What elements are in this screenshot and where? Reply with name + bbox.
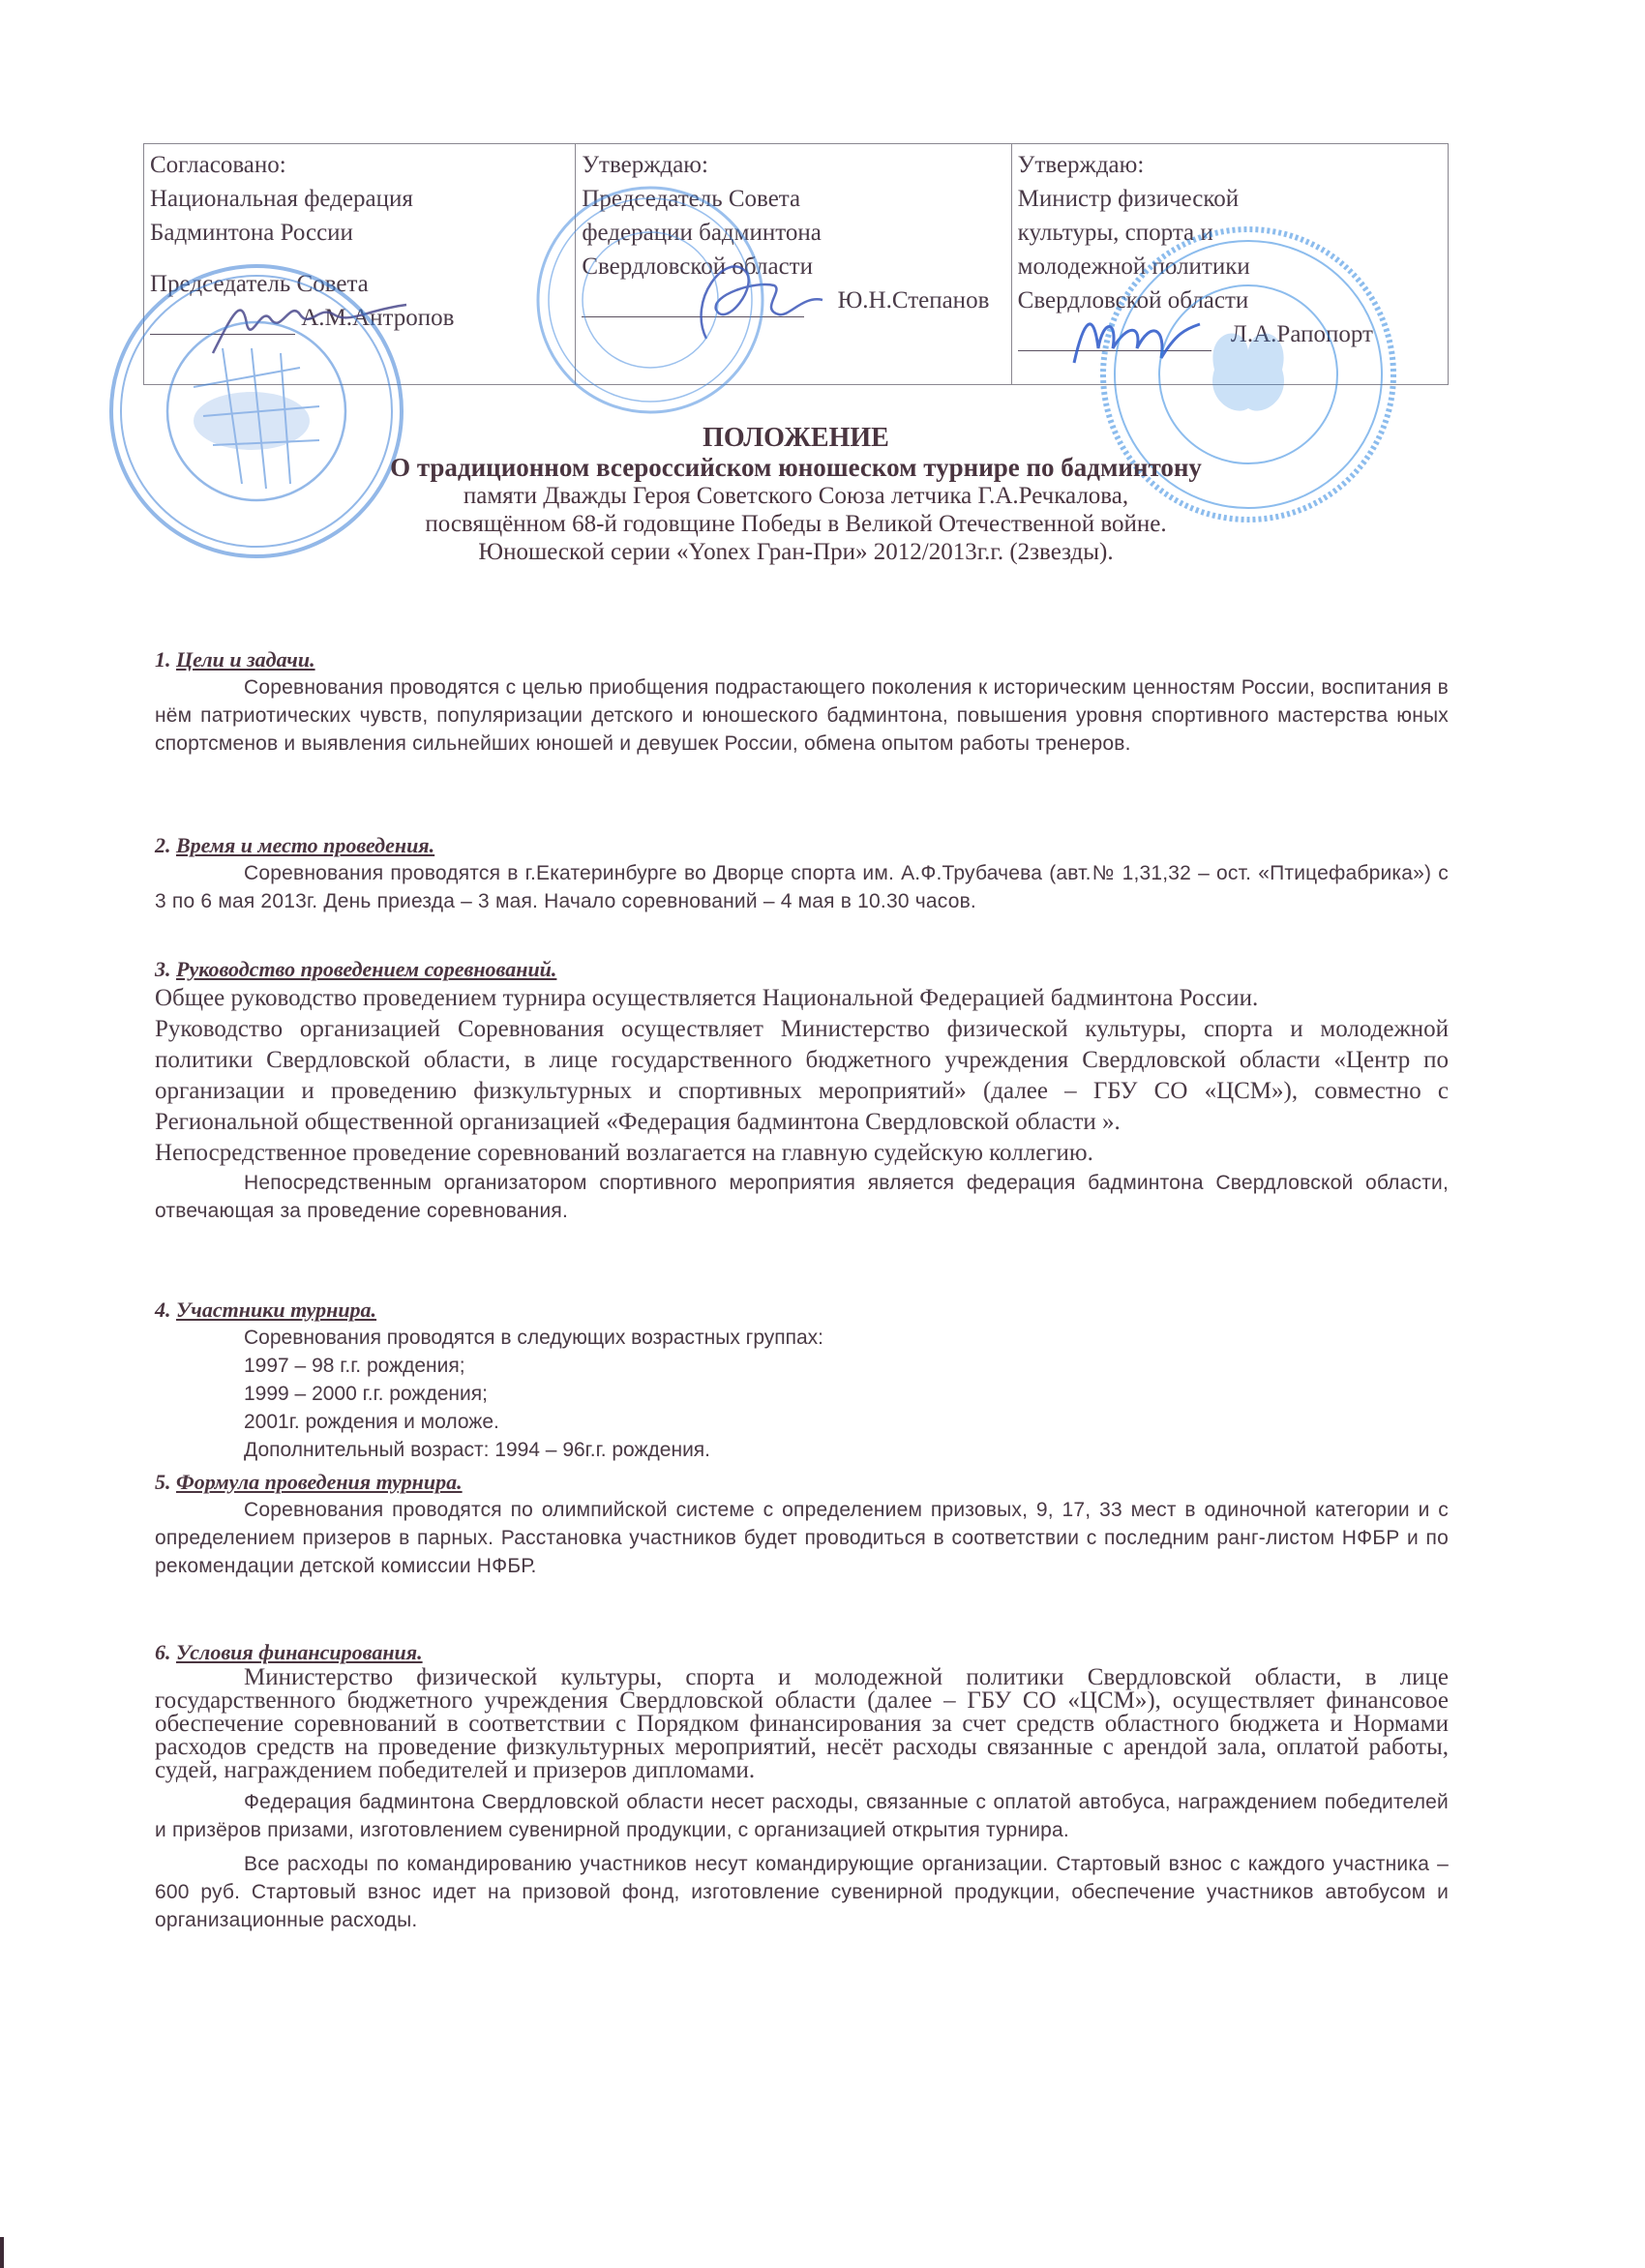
section-text: Соревнования проводятся с целью приобщен… (155, 673, 1449, 758)
list-item: 1997 – 98 г.г. рождения; (244, 1352, 1449, 1380)
section-heading: 4. Участники турнира. (155, 1297, 1449, 1324)
approval-line: культуры, спорта и (1018, 216, 1442, 250)
section-text: Непосредственным организатором спортивно… (155, 1169, 1449, 1225)
signature-line (150, 305, 295, 335)
approval-position: Председатель Совета (150, 267, 569, 301)
section-heading: 5. Формула проведения турнира. (155, 1469, 1449, 1496)
approval-table: Согласовано: Национальная федерация Бадм… (143, 143, 1449, 385)
approval-line: Министр физической (1018, 182, 1442, 216)
subtitle-line: памяти Дважды Героя Советского Союза лет… (143, 482, 1449, 510)
section-time-place: 2. Время и место проведения. Соревновани… (155, 832, 1449, 915)
section-heading: 2. Время и место проведения. (155, 832, 1449, 859)
approval-heading: Согласовано: (150, 148, 569, 182)
signature-row: Л.А.Рапопорт (1018, 317, 1442, 351)
section-financing: 6. Условия финансирования. Министерство … (155, 1639, 1449, 1934)
scan-edge-mark (0, 2237, 4, 2268)
approval-cell-ministry: Утверждаю: Министр физической культуры, … (1011, 144, 1448, 384)
approval-line: Председатель Совета (582, 182, 1004, 216)
section-text: Непосредственное проведение соревнований… (155, 1138, 1449, 1169)
approval-line: Свердловской области (582, 250, 1004, 283)
section-heading: 1. Цели и задачи. (155, 646, 1449, 673)
list-item: 1999 – 2000 г.г. рождения; (244, 1380, 1449, 1408)
approval-line: федерации бадминтона (582, 216, 1004, 250)
approval-line: молодежной политики (1018, 250, 1442, 283)
section-text: Руководство организацией Соревнования ос… (155, 1014, 1449, 1138)
approval-line: Свердловской области (1018, 283, 1442, 317)
list-item: Дополнительный возраст: 1994 – 96г.г. ро… (244, 1436, 1449, 1464)
section-participants: 4. Участники турнира. Соревнования прово… (155, 1297, 1449, 1464)
approval-cell-national-federation: Согласовано: Национальная федерация Бадм… (144, 144, 575, 384)
section-heading: 3. Руководство проведением соревнований. (155, 956, 1449, 983)
section-text: Соревнования проводятся в г.Екатеринбург… (155, 859, 1449, 915)
age-groups-list: Соревнования проводятся в следующих возр… (155, 1324, 1449, 1464)
document-subtitle: О традиционном всероссийском юношеском т… (143, 453, 1449, 482)
section-heading: 6. Условия финансирования. (155, 1639, 1449, 1666)
section-management: 3. Руководство проведением соревнований.… (155, 956, 1449, 1225)
signature-line (1018, 321, 1211, 351)
signature-line (582, 287, 804, 317)
section-goals: 1. Цели и задачи. Соревнования проводятс… (155, 646, 1449, 758)
section-text: Федерация бадминтона Свердловской област… (155, 1788, 1449, 1844)
signatory-name: Ю.Н.Степанов (838, 287, 990, 313)
signature-row: Ю.Н.Степанов (582, 283, 1004, 317)
document-title-block: ПОЛОЖЕНИЕ О традиционном всероссийском ю… (143, 424, 1449, 566)
list-intro: Соревнования проводятся в следующих возр… (244, 1324, 1449, 1352)
section-text: Все расходы по командированию участников… (155, 1850, 1449, 1934)
section-text: Министерство физической культуры, спорта… (155, 1666, 1449, 1782)
signature-row: А.М.Антропов (150, 301, 569, 335)
subtitle-line: Юношеской серии «Yonex Гран-При» 2012/20… (143, 538, 1449, 566)
document-title: ПОЛОЖЕНИЕ (143, 424, 1449, 453)
approval-line: Национальная федерация (150, 182, 569, 216)
list-item: 2001г. рождения и моложе. (244, 1408, 1449, 1436)
approval-cell-regional-federation: Утверждаю: Председатель Совета федерации… (575, 144, 1010, 384)
section-format: 5. Формула проведения турнира. Соревнова… (155, 1469, 1449, 1580)
signatory-name: Л.А.Рапопорт (1231, 321, 1373, 347)
approval-line: Бадминтона России (150, 216, 569, 250)
section-text: Соревнования проводятся по олимпийской с… (155, 1496, 1449, 1580)
section-text: Общее руководство проведением турнира ос… (155, 983, 1449, 1014)
approval-heading: Утверждаю: (1018, 148, 1442, 182)
subtitle-line: посвящённом 68-й годовщине Победы в Вели… (143, 510, 1449, 538)
approval-heading: Утверждаю: (582, 148, 1004, 182)
signatory-name: А.М.Антропов (301, 305, 454, 331)
document-page: Согласовано: Национальная федерация Бадм… (0, 0, 1645, 2268)
